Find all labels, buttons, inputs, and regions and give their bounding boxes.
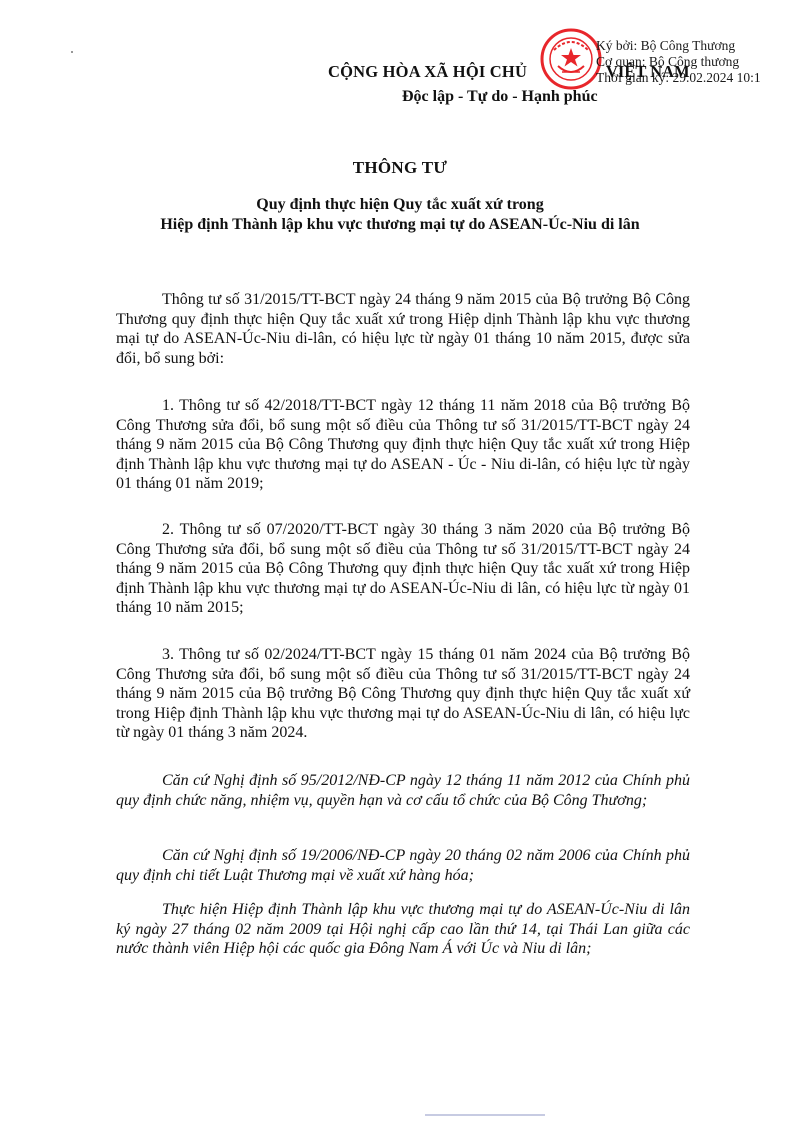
- paragraph-text: 3. Thông tư số 02/2024/TT-BCT ngày 15 th…: [116, 645, 690, 743]
- signature-signed-by: Ký bởi: Bộ Công Thương: [596, 38, 735, 54]
- document-subject-line2: Hiệp định Thành lập khu vực thương mại t…: [0, 216, 800, 234]
- document-subject-line1: Quy định thực hiện Quy tắc xuất xứ trong: [0, 196, 800, 214]
- paragraph-basis-decree-95: Căn cứ Nghị định số 95/2012/NĐ-CP ngày 1…: [116, 771, 690, 810]
- red-seal-stamp-icon: [540, 28, 602, 90]
- national-title-part1: CỘNG HÒA XÃ HỘI CHỦ: [328, 62, 527, 82]
- document-type: THÔNG TƯ: [0, 158, 800, 178]
- paragraph-intro: Thông tư số 31/2015/TT-BCT ngày 24 tháng…: [116, 290, 690, 368]
- paragraph-text: 1. Thông tư số 42/2018/TT-BCT ngày 12 th…: [116, 396, 690, 494]
- paragraph-text: Thực hiện Hiệp định Thành lập khu vực th…: [116, 900, 690, 959]
- national-title-part2: VIỆT NAM: [606, 62, 690, 82]
- national-motto: Độc lập - Tự do - Hạnh phúc: [402, 88, 598, 106]
- paragraph-basis-decree-19: Căn cứ Nghị định số 19/2006/NĐ-CP ngày 2…: [116, 846, 690, 885]
- paragraph-amendment-1: 1. Thông tư số 42/2018/TT-BCT ngày 12 th…: [116, 396, 690, 494]
- paragraph-text: Thông tư số 31/2015/TT-BCT ngày 24 tháng…: [116, 290, 690, 368]
- paragraph-amendment-3: 3. Thông tư số 02/2024/TT-BCT ngày 15 th…: [116, 645, 690, 743]
- paragraph-text: Căn cứ Nghị định số 95/2012/NĐ-CP ngày 1…: [116, 771, 690, 810]
- paragraph-amendment-2: 2. Thông tư số 07/2020/TT-BCT ngày 30 th…: [116, 520, 690, 618]
- paragraph-implementation: Thực hiện Hiệp định Thành lập khu vực th…: [116, 900, 690, 959]
- paragraph-text: 2. Thông tư số 07/2020/TT-BCT ngày 30 th…: [116, 520, 690, 618]
- scan-speck: [71, 51, 73, 53]
- scan-artifact: [425, 1114, 545, 1116]
- paragraph-text: Căn cứ Nghị định số 19/2006/NĐ-CP ngày 2…: [116, 846, 690, 885]
